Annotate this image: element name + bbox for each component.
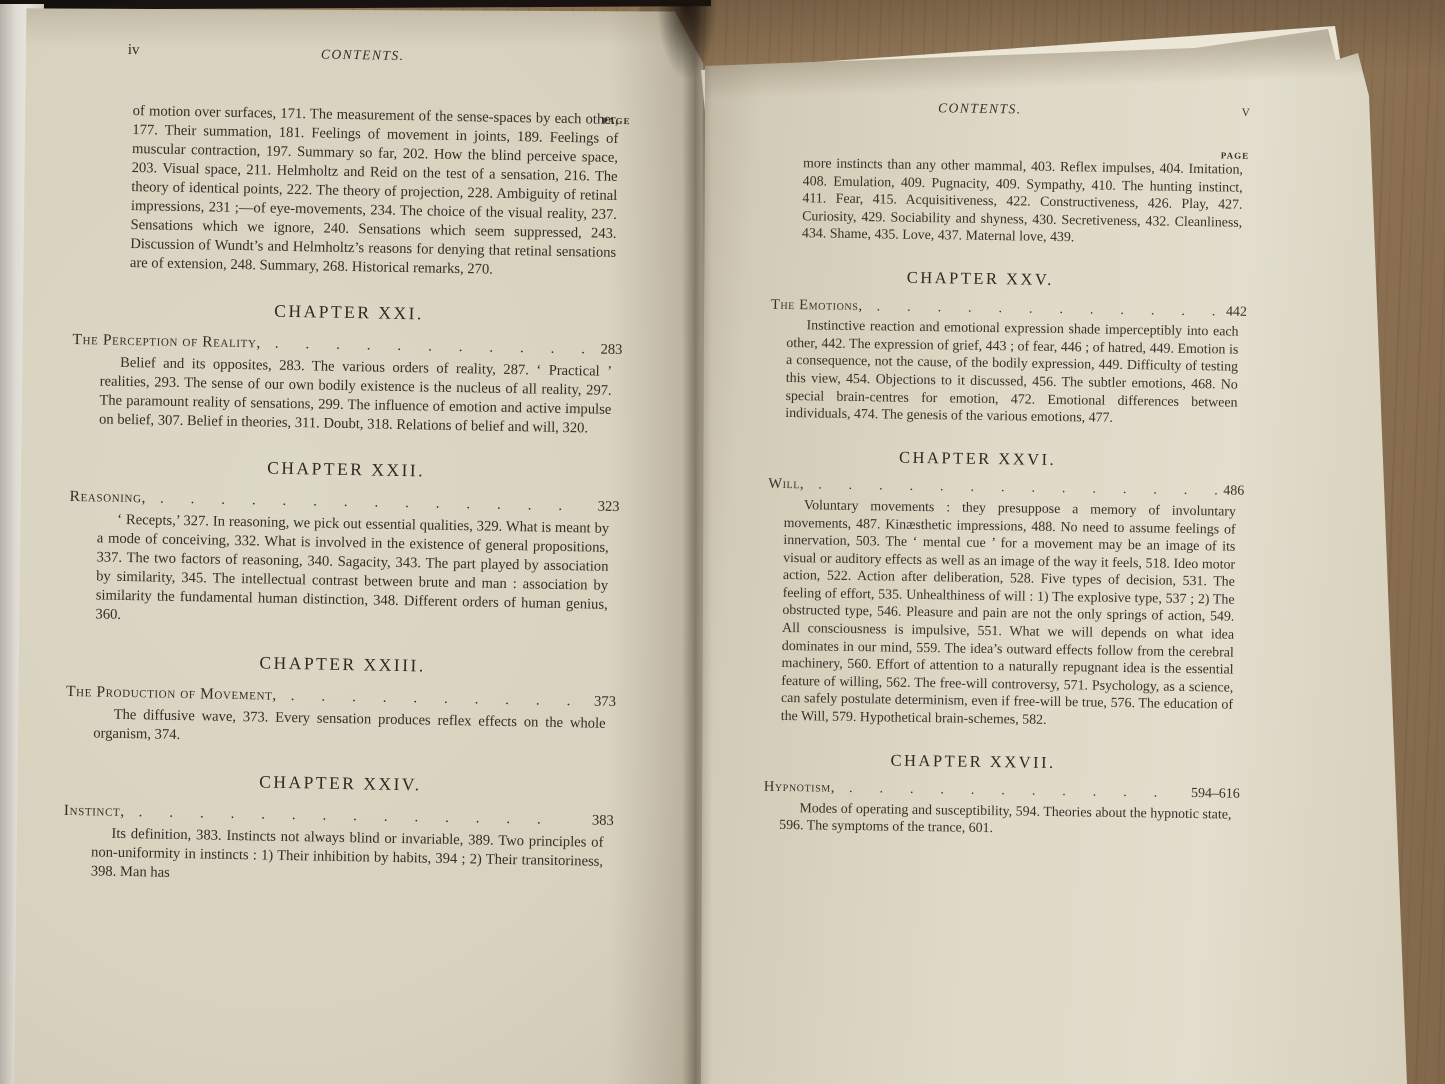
leader-dots: ..............: [849, 780, 1185, 803]
right-intro-paragraph: more instincts than any other mammal, 40…: [802, 155, 1243, 249]
chapter-heading: CHAPTER XXVII.: [712, 749, 1234, 774]
chapter-heading: CHAPTER XXI.: [73, 298, 625, 327]
book-gutter-top-shadow: [652, 0, 722, 130]
chapter-heading: CHAPTER XXII.: [70, 455, 622, 484]
chapter-summary: Its definition, 383. Instincts not alway…: [91, 824, 604, 890]
chapter-page-number: 486: [1223, 483, 1244, 501]
leader-dots: ..............: [275, 335, 595, 360]
chapter-title: Reasoning,: [69, 487, 146, 507]
leader-dots: ..............: [877, 298, 1221, 321]
left-intro-paragraph: of motion over surfaces, 171. The measur…: [130, 102, 619, 282]
chapter-summary: ‘ Recepts,’ 327. In reasoning, we pick o…: [95, 510, 609, 633]
chapter-entry: CHAPTER XXII. Reasoning, .............. …: [67, 455, 622, 634]
chapter-page-number: 323: [597, 498, 619, 517]
chapter-title: The Production of Movement,: [66, 682, 277, 705]
chapter-title: Will,: [768, 476, 804, 494]
chapter-page-number: 383: [592, 812, 614, 831]
left-page-column-label: PAGE: [602, 112, 631, 132]
left-chapter-list: CHAPTER XXI. The Perception of Reality, …: [63, 298, 626, 891]
right-page-column-label: PAGE: [1221, 147, 1250, 165]
chapter-summary: The diffusive wave, 373. Every sensation…: [93, 705, 606, 752]
chapter-title: The Perception of Reality,: [72, 330, 261, 352]
chapter-heading: CHAPTER XXV.: [719, 266, 1241, 291]
book-photo-scene: iv CONTENTS. PAGE of motion over surface…: [0, 0, 1445, 1084]
chapter-heading: CHAPTER XXIV.: [64, 769, 616, 798]
chapter-entry: CHAPTER XXIII. The Production of Movemen…: [65, 650, 619, 753]
chapter-summary: Modes of operating and susceptibility, 5…: [779, 800, 1231, 842]
chapter-entry: CHAPTER XXIV. Instinct, .............. 3…: [63, 769, 617, 891]
chapter-entry: CHAPTER XXI. The Perception of Reality, …: [71, 298, 625, 439]
chapter-page-number: 442: [1226, 303, 1247, 321]
right-page-number: v: [1242, 104, 1250, 122]
book-gutter-shadow: [682, 0, 712, 1084]
right-chapter-list: CHAPTER XXV. The Emotions, .............…: [711, 266, 1265, 842]
chapter-title: Instinct,: [64, 801, 125, 821]
leader-dots: ..............: [291, 687, 589, 711]
leader-dots: ..............: [818, 477, 1217, 501]
chapter-page-number: 373: [594, 693, 616, 712]
chapter-page-number: 283: [600, 341, 622, 360]
chapter-title: Hypnotism,: [764, 779, 836, 798]
chapter-title: The Emotions,: [771, 296, 863, 315]
right-page-text: CONTENTS. v PAGE more instincts than any…: [711, 96, 1268, 842]
left-page-text: iv CONTENTS. PAGE of motion over surface…: [63, 40, 630, 891]
chapter-entry: CHAPTER XXVI. Will, .............. 486 V…: [713, 446, 1263, 733]
chapter-page-number: 594–616: [1191, 785, 1240, 803]
chapter-entry: CHAPTER XXV. The Emotions, .............…: [717, 266, 1265, 430]
chapter-heading: CHAPTER XXIII.: [66, 650, 618, 679]
chapter-entry: CHAPTER XXVII. Hypnotism, ..............…: [711, 749, 1258, 842]
chapter-summary: Voluntary movements : they presuppose a …: [781, 497, 1236, 732]
chapter-summary: Instinctive reaction and emotional expre…: [785, 317, 1239, 429]
chapter-summary: Belief and its opposites, 283. The vario…: [99, 353, 612, 438]
chapter-heading: CHAPTER XXVI.: [717, 446, 1239, 471]
